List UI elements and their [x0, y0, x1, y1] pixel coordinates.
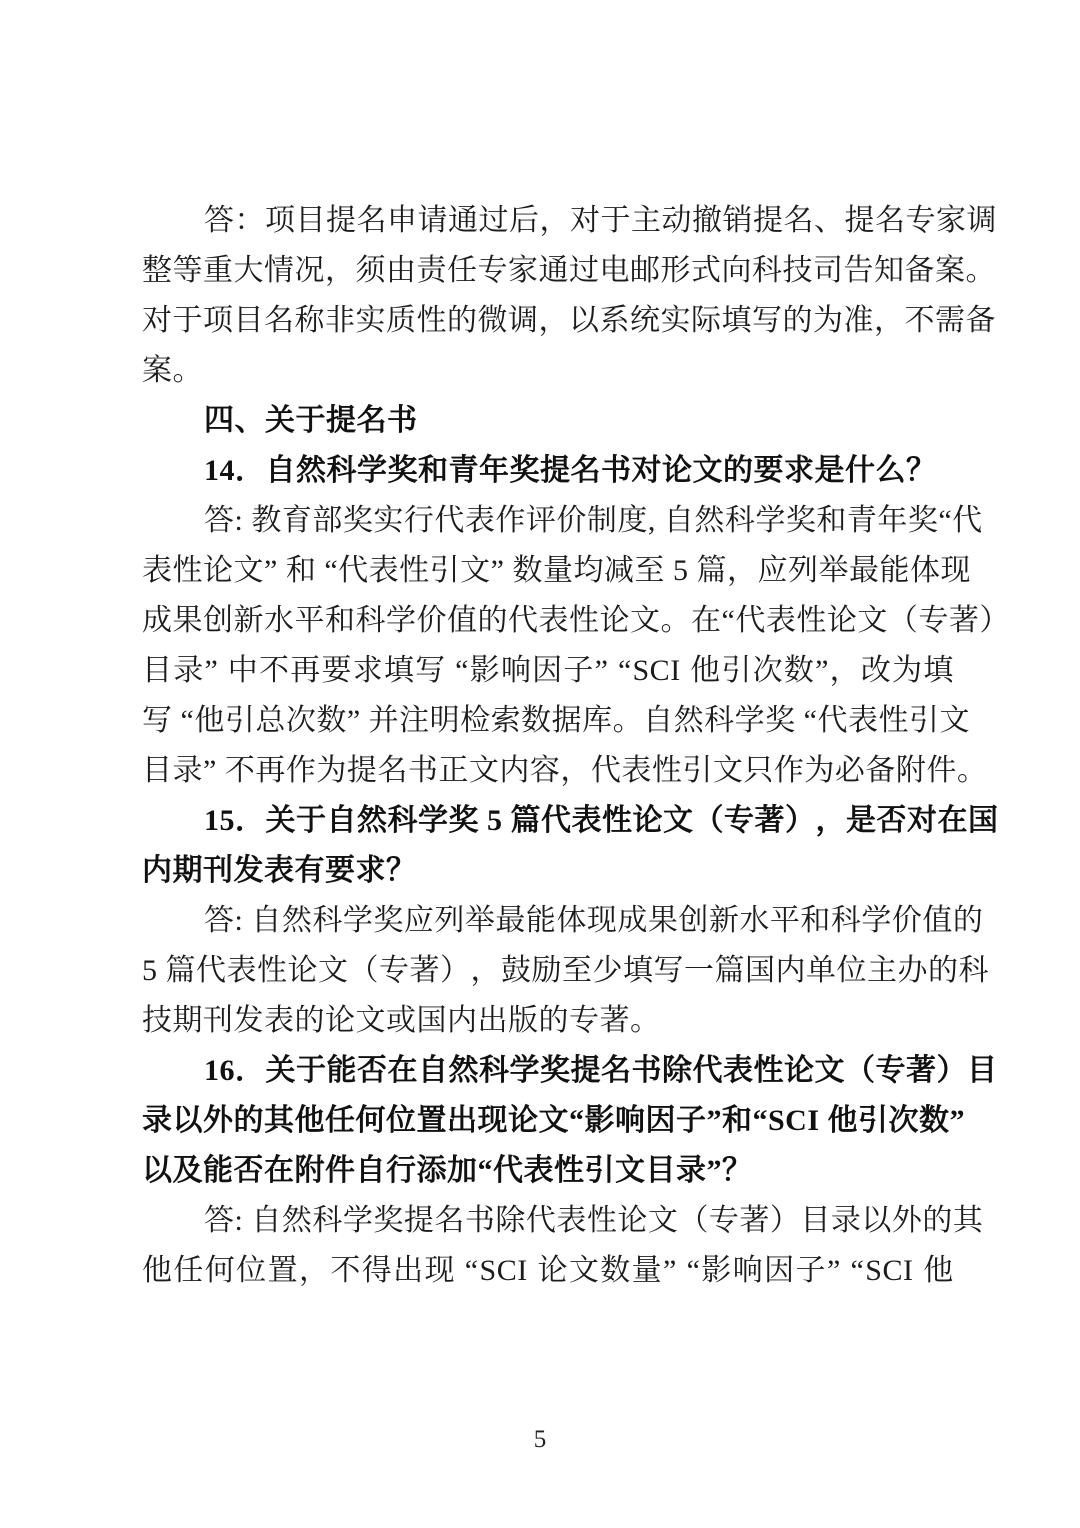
- text-line: 写 “他引总次数” 并注明检索数据库。自然科学奖 “代表性引文: [142, 696, 954, 746]
- answer-paragraph-q14: 答: 教育部奖实行代表作评价制度, 自然科学奖和青年奖“代 表性论文” 和 “代…: [142, 496, 954, 796]
- text-line: 答: 教育部奖实行代表作评价制度, 自然科学奖和青年奖“代: [142, 496, 954, 546]
- question-title: 录以外的其他任何位置出现论文“影响因子”和“SCI 他引次数”: [142, 1096, 954, 1146]
- text-line: 对于项目名称非实质性的微调，以系统实际填写的为准，不需备: [142, 296, 954, 346]
- text-line: 技期刊发表的论文或国内出版的专著。: [142, 996, 954, 1046]
- answer-paragraph-q13: 答：项目提名申请通过后，对于主动撤销提名、提名专家调 整等重大情况，须由责任专家…: [142, 196, 954, 396]
- text-line: 成果创新水平和科学价值的代表性论文。在“代表性论文（专著）: [142, 596, 954, 646]
- section-heading-4: 四、关于提名书: [142, 396, 954, 446]
- section-title: 四、关于提名书: [142, 396, 954, 446]
- text-line: 整等重大情况，须由责任专家通过电邮形式向科技司告知备案。: [142, 246, 954, 296]
- question-title: 15．关于自然科学奖 5 篇代表性论文（专著），是否对在国: [142, 796, 954, 846]
- text-line: 他任何位置，不得出现 “SCI 论文数量” “影响因子” “SCI 他: [142, 1246, 954, 1296]
- answer-paragraph-q16: 答: 自然科学奖提名书除代表性论文（专著）目录以外的其 他任何位置，不得出现 “…: [142, 1196, 954, 1296]
- text-line: 目录” 不再作为提名书正文内容，代表性引文只作为必备附件。: [142, 746, 954, 796]
- question-title: 14．自然科学奖和青年奖提名书对论文的要求是什么？: [142, 446, 954, 496]
- text-line: 案。: [142, 346, 954, 396]
- document-body: 答：项目提名申请通过后，对于主动撤销提名、提名专家调 整等重大情况，须由责任专家…: [142, 196, 954, 1296]
- document-page: 答：项目提名申请通过后，对于主动撤销提名、提名专家调 整等重大情况，须由责任专家…: [0, 0, 1080, 1528]
- page-number: 5: [0, 1422, 1080, 1458]
- text-line: 答：项目提名申请通过后，对于主动撤销提名、提名专家调: [142, 196, 954, 246]
- text-line: 答: 自然科学奖应列举最能体现成果创新水平和科学价值的: [142, 896, 954, 946]
- text-line: 目录” 中不再要求填写 “影响因子” “SCI 他引次数”，改为填: [142, 646, 954, 696]
- answer-paragraph-q15: 答: 自然科学奖应列举最能体现成果创新水平和科学价值的 5 篇代表性论文（专著）…: [142, 896, 954, 1046]
- question-title: 内期刊发表有要求？: [142, 846, 954, 896]
- question-16-heading: 16．关于能否在自然科学奖提名书除代表性论文（专著）目 录以外的其他任何位置出现…: [142, 1046, 954, 1196]
- question-title: 16．关于能否在自然科学奖提名书除代表性论文（专著）目: [142, 1046, 954, 1096]
- question-15-heading: 15．关于自然科学奖 5 篇代表性论文（专著），是否对在国 内期刊发表有要求？: [142, 796, 954, 896]
- question-title: 以及能否在附件自行添加“代表性引文目录”？: [142, 1146, 954, 1196]
- question-14-heading: 14．自然科学奖和青年奖提名书对论文的要求是什么？: [142, 446, 954, 496]
- text-line: 答: 自然科学奖提名书除代表性论文（专著）目录以外的其: [142, 1196, 954, 1246]
- text-line: 表性论文” 和 “代表性引文” 数量均减至 5 篇，应列举最能体现: [142, 546, 954, 596]
- text-line: 5 篇代表性论文（专著），鼓励至少填写一篇国内单位主办的科: [142, 946, 954, 996]
